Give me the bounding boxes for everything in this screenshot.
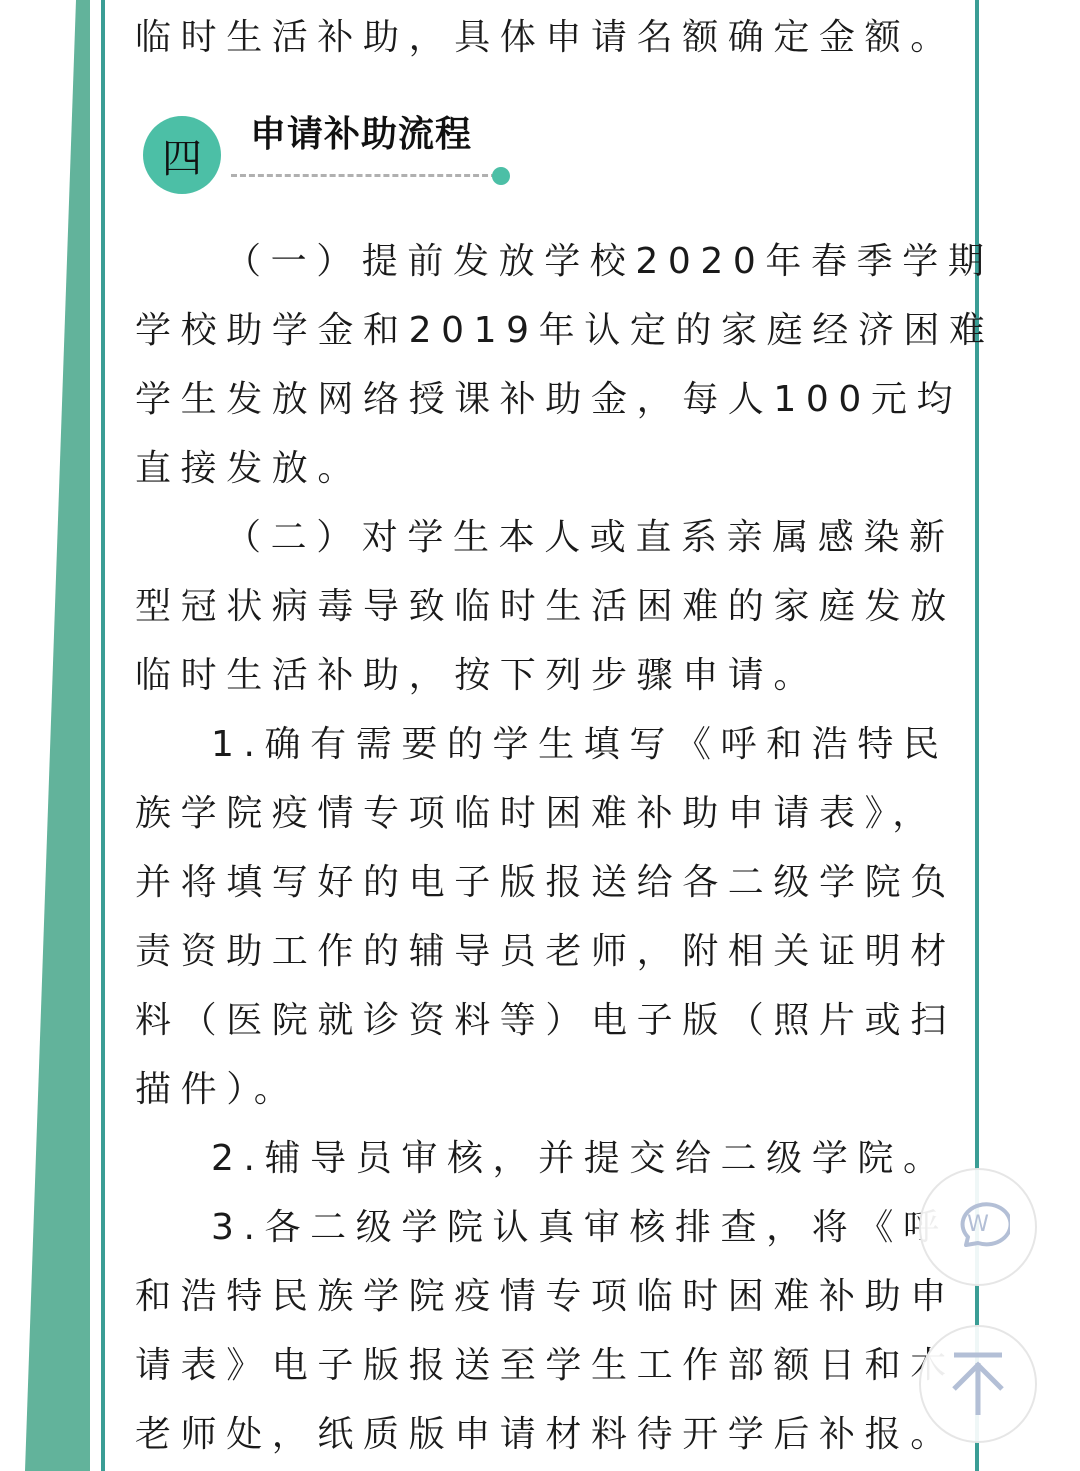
left-border-line	[101, 0, 105, 1471]
paragraph-line: 2.辅导员审核，并提交给二级学院。	[211, 1137, 949, 1181]
paragraph-line: 责资助工作的辅导员老师，附相关证明材	[135, 930, 956, 974]
paragraph-line: 老师处，纸质版申请材料待开学后补报。	[135, 1413, 956, 1457]
paragraph-line: 直接发放。	[135, 447, 363, 491]
chat-button[interactable]: W	[919, 1168, 1037, 1286]
section-title: 申请补助流程	[250, 112, 472, 158]
paragraph-line: 描件）。	[135, 1068, 299, 1112]
section-number-badge: 四	[143, 116, 221, 194]
section-divider-dashed	[231, 174, 497, 177]
back-to-top-button[interactable]	[919, 1325, 1037, 1443]
paragraph-line: 1.确有需要的学生填写《呼和浩特民	[211, 723, 949, 767]
paragraph-line: 和浩特民族学院疫情专项临时困难补助申	[135, 1275, 956, 1319]
paragraph-line: 临时生活补助，按下列步骤申请。	[135, 654, 819, 698]
decorative-side-band	[0, 0, 100, 1471]
paragraph-line: 型冠状病毒导致临时生活困难的家庭发放	[135, 585, 956, 629]
paragraph-line: 学校助学金和2019年认定的家庭经济困难	[135, 309, 995, 353]
svg-text:W: W	[967, 1212, 989, 1237]
chat-w-icon: W	[946, 1195, 1010, 1259]
paragraph-line: 请表》电子版报送至学生工作部额日和木	[135, 1344, 956, 1388]
intro-tail-text: 临时生活补助，具体申请名额确定金额。	[135, 16, 956, 60]
paragraph-line: （一）提前发放学校2020年春季学期	[225, 240, 993, 284]
paragraph-line: 并将填写好的电子版报送给各二级学院负	[135, 861, 956, 905]
section-divider-dot	[492, 167, 510, 185]
paragraph-line: 族学院疫情专项临时困难补助申请表》，	[135, 792, 938, 836]
paragraph-line: 学生发放网络授课补助金，每人100元均	[135, 378, 962, 422]
paragraph-line: 料（医院就诊资料等）电子版（照片或扫	[135, 999, 956, 1043]
paragraph-line: 3.各二级学院认真审核排查，将《呼	[211, 1206, 949, 1250]
back-to-top-icon	[946, 1349, 1010, 1419]
paragraph-line: （二）对学生本人或直系亲属感染新	[225, 516, 955, 560]
section-heading: 四 申请补助流程	[143, 112, 523, 192]
